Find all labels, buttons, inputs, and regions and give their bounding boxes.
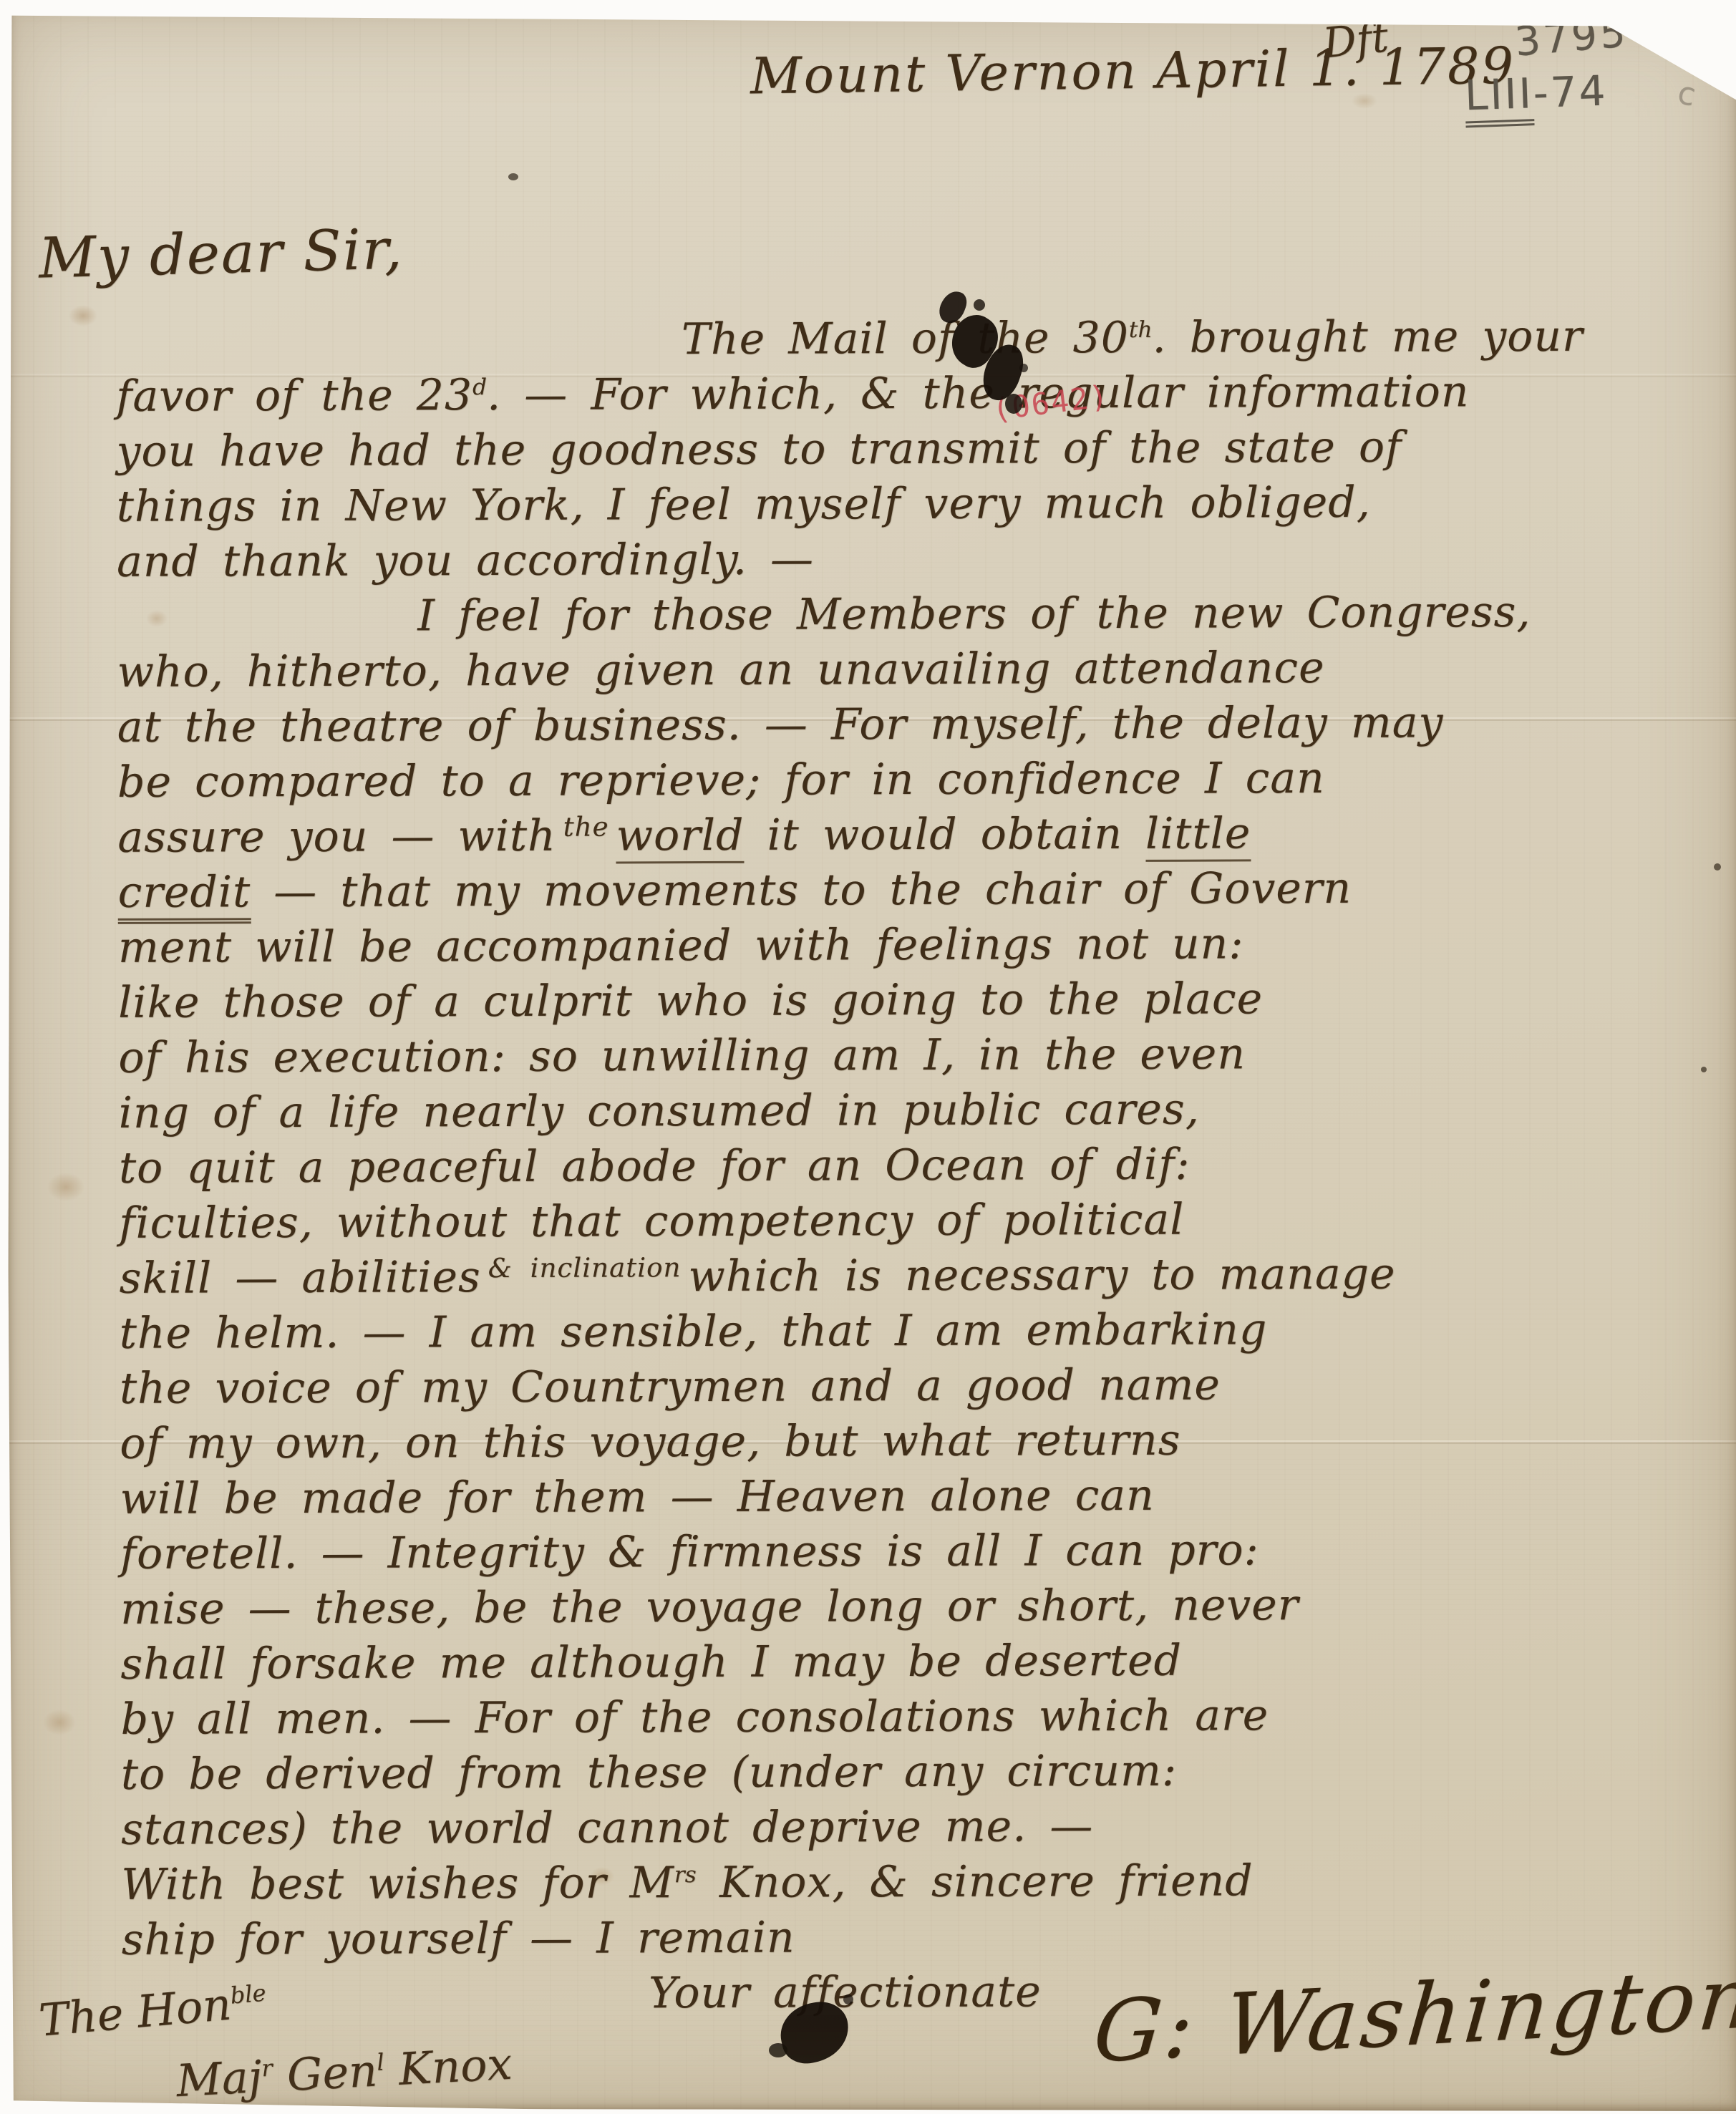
volume-page-number: -74 <box>1532 67 1608 118</box>
manuscript-scan: Mount Vernon April 1. 1789 Dft 3795 LIII… <box>0 0 1736 2114</box>
address-line-1: The Honble <box>37 1974 268 2047</box>
superscript: ble <box>229 1979 267 2009</box>
letter-line: I feel for those Members of the new Cong… <box>117 586 1713 647</box>
letter-line: things in New York, I feel myself very m… <box>117 476 1713 537</box>
letter-line: The Mail of the 30th. brought me your <box>116 311 1712 372</box>
line-segment: The Hon <box>37 1978 233 2047</box>
interline-insertion: & inclination <box>488 1251 682 1284</box>
letter-line: ship for yourself — I remain <box>122 1909 1718 1970</box>
volume-roman-numeral: LIII <box>1464 69 1534 127</box>
line-segment: Maj <box>175 2050 263 2107</box>
superscript: rs <box>674 1862 697 1888</box>
dateline: Mount Vernon April 1. 1789 <box>750 37 1516 106</box>
line-segment: skill — abilities <box>119 1252 480 1304</box>
letter-paper: Mount Vernon April 1. 1789 Dft 3795 LIII… <box>6 7 1736 2111</box>
letter-body: The Mail of the 30th. brought me your fa… <box>116 311 1718 2025</box>
address-line-2: Majr Genl Knox <box>175 2037 513 2107</box>
letter-line: mise — these, be the voyage long or shor… <box>120 1579 1717 1639</box>
ink-speck <box>508 173 518 180</box>
letter-line: be compared to a reprieve; for in confid… <box>117 752 1714 813</box>
ink-blot <box>974 299 985 311</box>
letter-line: ing of a life nearly consumed in public … <box>119 1082 1715 1143</box>
interline-insertion: the <box>563 810 609 842</box>
letter-line: the voice of my Countrymen and a good na… <box>120 1358 1716 1419</box>
letter-line: you have had the goodness to transmit of… <box>116 421 1712 482</box>
letter-line: ficulties, without that competency of po… <box>119 1193 1715 1254</box>
pencil-volume-code: LIII-74 <box>1464 67 1609 120</box>
line-segment: favor of the 23 <box>116 370 472 422</box>
line-segment: The Mail of the 30 <box>682 313 1129 364</box>
line-segment: With best wishes for M <box>121 1858 674 1910</box>
ink-blot <box>1005 394 1022 414</box>
letter-line: to quit a peaceful abode for an Ocean of… <box>119 1138 1715 1198</box>
ink-blot <box>769 2043 787 2057</box>
letter-line: will be made for them — Heaven alone can <box>120 1468 1716 1529</box>
letter-line: ment will be accompanied with feelings n… <box>118 917 1715 978</box>
letter-line: shall forsake me although I may be deser… <box>120 1634 1717 1694</box>
underlined-word: credit <box>118 867 251 924</box>
letter-line: foretell. — Integrity & firmness is all … <box>120 1523 1717 1584</box>
line-segment: Knox <box>383 2037 513 2096</box>
superscript: d <box>472 374 487 400</box>
stain-spot <box>69 305 97 326</box>
letter-line: by all men. — For of the consolations wh… <box>121 1689 1717 1750</box>
underlined-word: world <box>616 810 745 864</box>
line-segment: Gen <box>271 2045 378 2103</box>
pencil-tick-mark: c <box>1674 74 1699 114</box>
ink-speck <box>1714 863 1721 871</box>
letter-line: who, hitherto, have given an unavailing … <box>117 641 1713 702</box>
letter-line: and thank you accordingly. — <box>117 531 1713 592</box>
line-segment: which is necessary to manage <box>688 1249 1395 1301</box>
ink-blot <box>843 1994 853 2004</box>
letter-line: assure you — withtheworld it would obtai… <box>117 807 1714 868</box>
line-segment: — that my movements to the chair of Gove… <box>251 863 1352 917</box>
letter-line: skill — abilities& inclinationwhich is n… <box>119 1248 1715 1309</box>
letter-line: credit — that my movements to the chair … <box>118 862 1715 923</box>
letter-line: of his execution: so unwilling am I, in … <box>118 1027 1715 1088</box>
docket-mark: Dft <box>1321 12 1391 67</box>
stain-spot <box>43 1710 76 1735</box>
line-segment: it would obtain <box>744 809 1145 860</box>
line-segment: assure you — with <box>117 811 556 863</box>
pencil-accession-number: 3795 <box>1513 9 1630 66</box>
letter-line: the helm. — I am sensible, that I am emb… <box>120 1303 1716 1364</box>
line-segment: Knox, & sincere friend <box>697 1856 1253 1908</box>
letter-line: of my own, on this voyage, but what retu… <box>120 1413 1716 1474</box>
line-segment: . brought me your <box>1152 311 1583 363</box>
salutation: My dear Sir, <box>38 217 404 291</box>
letter-line: like those of a culprit who is going to … <box>118 972 1715 1033</box>
stain-spot <box>47 1173 84 1201</box>
letter-line: favor of the 23d. — For which, & the reg… <box>116 366 1712 427</box>
underlined-word: little <box>1145 808 1251 862</box>
letter-line: With best wishes for Mrs Knox, & sincere… <box>121 1854 1717 1915</box>
superscript: th <box>1129 317 1153 343</box>
letter-line: at the theatre of business. — For myself… <box>117 697 1714 757</box>
letter-line: to be derived from these (under any circ… <box>121 1744 1717 1805</box>
letter-line: stances) the world cannot deprive me. — <box>121 1799 1717 1860</box>
ink-speck <box>1701 1067 1707 1072</box>
line-segment: . — For which, & the regular information <box>487 367 1470 420</box>
ink-blot <box>1019 364 1028 372</box>
